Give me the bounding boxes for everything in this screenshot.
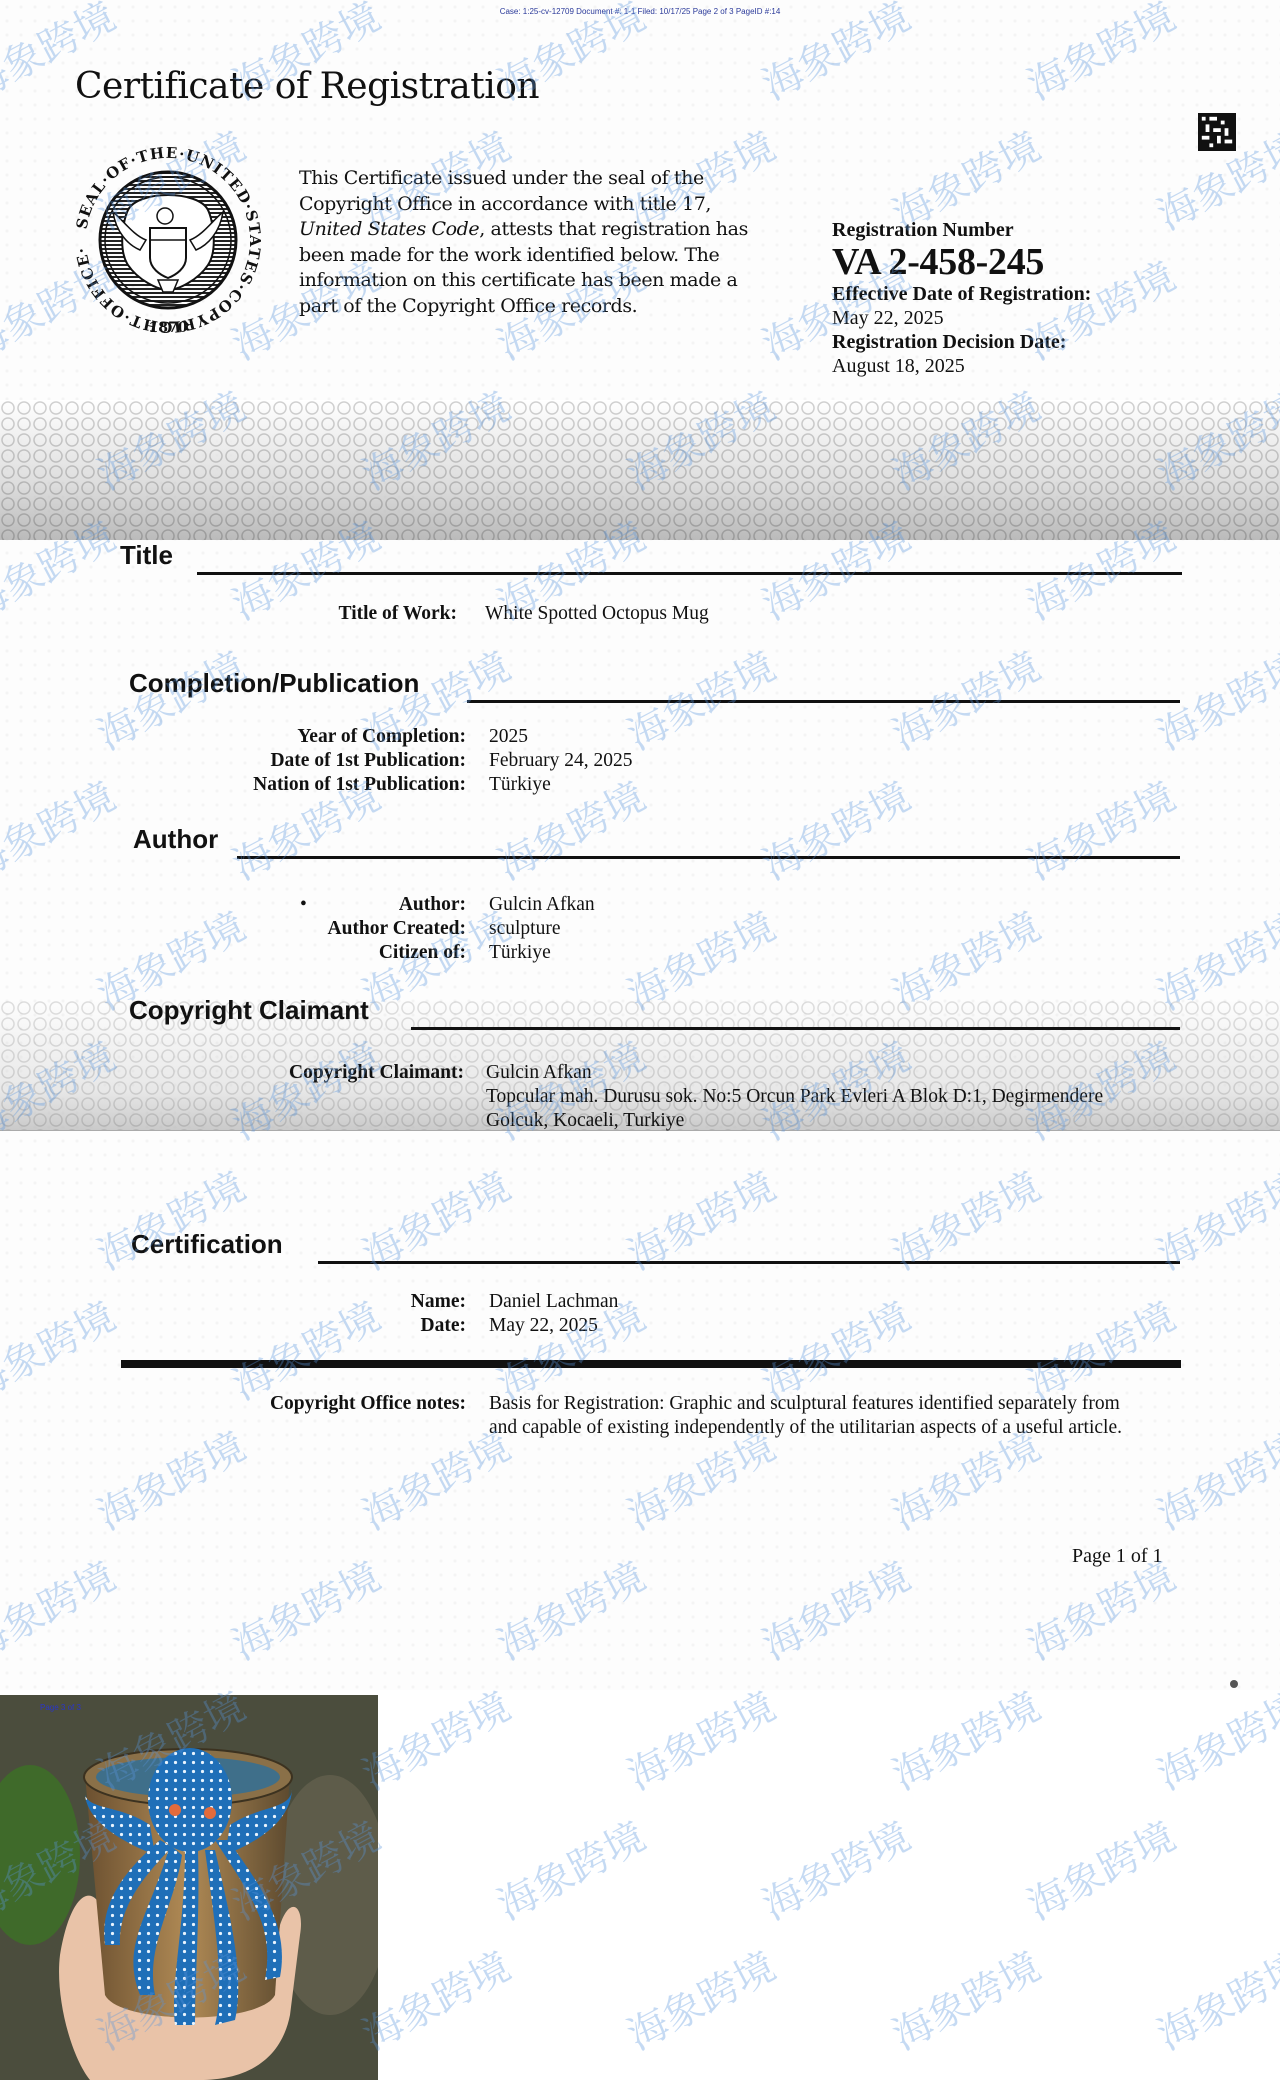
section-rule [467, 700, 1180, 703]
watermark: 海象跨境 [486, 1806, 654, 1931]
copyright-office-seal-icon: SEAL·OF·THE·UNITED·STATES·COPYRIGHT·OFFI… [68, 140, 268, 340]
certificate-intro-text: This Certificate issued under the seal o… [299, 166, 779, 319]
svg-text:1870: 1870 [149, 320, 188, 336]
section-rule [318, 1261, 1180, 1264]
decision-date: August 18, 2025 [832, 354, 1091, 378]
watermark: 海象跨境 [1146, 1676, 1280, 1801]
section-rule [197, 572, 1182, 575]
watermark: 海象跨境 [616, 1936, 784, 2061]
watermark: 海象跨境 [881, 1936, 1049, 2061]
photo-case-header: Page 3 of 3 [40, 1703, 81, 1712]
watermark: 海象跨境 [1016, 1806, 1184, 1931]
section-heading-title: Title [120, 540, 173, 571]
registration-info: Registration Number VA 2-458-245 Effecti… [832, 218, 1091, 378]
certificate-title: Certificate of Registration [75, 66, 539, 107]
section-heading-author: Author [133, 824, 218, 855]
registration-number: VA 2-458-245 [832, 242, 1091, 282]
section-heading-certification: Certification [131, 1229, 283, 1260]
section-heading-completion: Completion/Publication [129, 668, 419, 699]
section-rule [237, 856, 1180, 859]
author-bullet: • [300, 893, 307, 917]
section-heading-claimant: Copyright Claimant [129, 995, 369, 1026]
watermark: 海象跨境 [616, 1676, 784, 1801]
section-rule [411, 1027, 1180, 1030]
section-rule-thick [121, 1360, 1181, 1368]
effective-date-label: Effective Date of Registration: [832, 282, 1091, 306]
security-pattern-band [0, 400, 1280, 540]
page-number: Page 1 of 1 [1072, 1545, 1163, 1568]
effective-date: May 22, 2025 [832, 306, 1091, 330]
octopus-mug-image-icon [0, 1695, 378, 2080]
registration-number-label: Registration Number [832, 218, 1091, 242]
scan-speck [1230, 1680, 1238, 1688]
certificate-page: Case: 1:25-cv-12709 Document #: 1-1 File… [0, 0, 1280, 1690]
decision-date-label: Registration Decision Date: [832, 330, 1091, 354]
mug-photo: Page 3 of 3 [0, 1695, 378, 2080]
watermark: 海象跨境 [1146, 1936, 1280, 2061]
watermark: 海象跨境 [751, 1806, 919, 1931]
watermark: 海象跨境 [881, 1676, 1049, 1801]
case-header: Case: 1:25-cv-12709 Document #: 1-1 File… [0, 7, 1280, 16]
datamatrix-code-icon [1198, 113, 1236, 151]
